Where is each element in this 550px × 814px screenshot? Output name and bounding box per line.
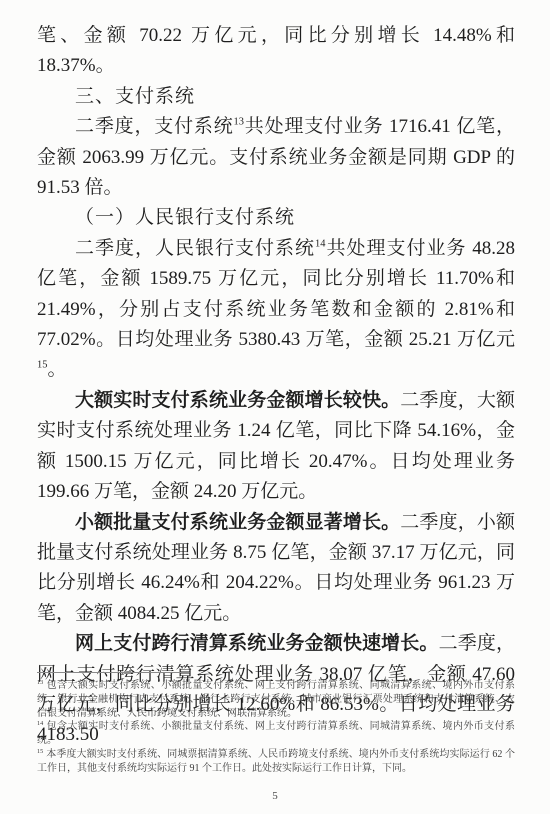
footnote-marker-13: 13: [37, 679, 43, 686]
subsection-heading-text: （一）人民银行支付系统: [75, 207, 295, 228]
paragraph-carryover: 笔、金额 70.22 万亿元，同比分别增长 14.48%和 18.37%。: [37, 21, 515, 82]
paragraph-text: 二季度，支付系统: [75, 116, 234, 137]
footnote-separator: [37, 672, 189, 673]
footnote-15: 15本季度大额实时支付系统、同城票据清算系统、人民币跨境支付系统、境内外币支付系…: [37, 748, 515, 776]
footnote-marker-15: 15: [37, 748, 43, 755]
subsection-heading-pboc-systems: （一）人民银行支付系统: [37, 203, 515, 233]
paragraph-carryover-text: 笔、金额 70.22 万亿元，同比分别增长 14.48%和 18.37%。: [37, 25, 515, 76]
paragraph-lead-ibps: 网上支付跨行清算系统业务金额快速增长。: [75, 633, 439, 654]
section-heading-text: 三、支付系统: [75, 86, 195, 107]
paragraph-beps: 小额批量支付系统业务金额显著增长。二季度，小额批量支付系统处理业务 8.75 亿…: [37, 508, 515, 630]
footnote-ref-14: 14: [315, 239, 325, 250]
footnote-14: 14包含大额实时支付系统、小额批量支付系统、网上支付跨行清算系统、同城清算系统、…: [37, 720, 515, 748]
page-number: 5: [0, 790, 550, 802]
footnote-marker-14: 14: [37, 720, 43, 727]
body-text: 笔、金额 70.22 万亿元，同比分别增长 14.48%和 18.37%。 三、…: [37, 21, 515, 751]
footnotes-section: 13包含大额实时支付系统、小额批量支付系统、网上支付跨行清算系统、同城清算系统、…: [37, 672, 515, 776]
paragraph-text: 二季度，人民银行支付系统: [75, 238, 315, 259]
paragraph-payment-overview: 二季度，支付系统13共处理支付业务 1716.41 亿笔，金额 2063.99 …: [37, 112, 515, 203]
footnote-ref-13: 13: [234, 117, 244, 128]
footnote-text: 本季度大额实时支付系统、同城票据清算系统、人民币跨境支付系统、境内外币支付系统均…: [37, 749, 515, 774]
paragraph-hvps: 大额实时支付系统业务金额增长较快。二季度，大额实时支付系统处理业务 1.24 亿…: [37, 386, 515, 508]
paragraph-pboc-overview: 二季度，人民银行支付系统14共处理支付业务 48.28 亿笔，金额 1589.7…: [37, 234, 515, 386]
paragraph-text: 。: [47, 359, 66, 380]
document-page: 笔、金额 70.22 万亿元，同比分别增长 14.48%和 18.37%。 三、…: [0, 0, 550, 814]
paragraph-lead-beps: 小额批量支付系统业务金额显著增长。: [75, 512, 400, 533]
section-heading-payment-systems: 三、支付系统: [37, 82, 515, 112]
footnote-13: 13包含大额实时支付系统、小额批量支付系统、网上支付跨行清算系统、同城清算系统、…: [37, 679, 515, 720]
footnote-ref-15: 15: [37, 360, 47, 371]
footnote-text: 包含大额实时支付系统、小额批量支付系统、网上支付跨行清算系统、同城清算系统、境内…: [37, 721, 515, 746]
footnote-text: 包含大额实时支付系统、小额批量支付系统、网上支付跨行清算系统、同城清算系统、境内…: [37, 680, 515, 719]
paragraph-lead-hvps: 大额实时支付系统业务金额增长较快。: [75, 390, 400, 411]
